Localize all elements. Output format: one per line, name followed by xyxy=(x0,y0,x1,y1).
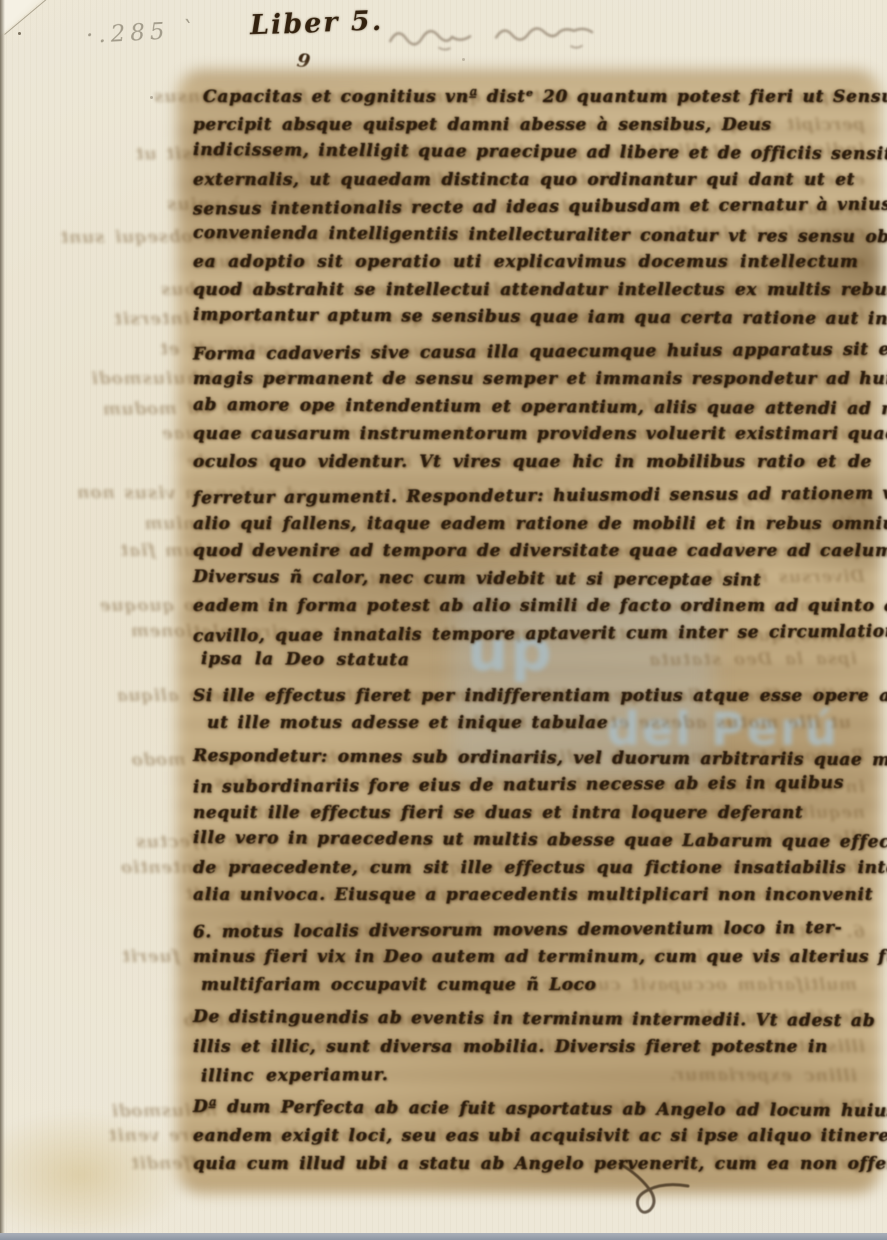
manuscript-line: 6. motus localis diversorum movens demov… xyxy=(193,914,875,946)
manuscript-line: nequit ille effectus fieri se duas et in… xyxy=(193,800,875,828)
manuscript-line: in subordinariis fore eius de naturis ne… xyxy=(193,770,875,802)
manuscript-line: ipsa la Deo statuta xyxy=(193,646,875,678)
manuscript-line: Capacitas et cognitius vnª distᵉ 20 quan… xyxy=(193,84,875,112)
manuscript-line: Diversus ñ calor, nec cum videbit ut si … xyxy=(193,563,875,595)
manuscript-line: eandem exigit loci, seu eas ubi acquisiv… xyxy=(193,1123,875,1151)
manuscript-line: convenienda intelligentiis intellectural… xyxy=(193,219,875,251)
manuscript-line: multifariam occupavit cumque ñ Loco xyxy=(193,972,875,1000)
manuscript-line: Forma cadaveris sive causa illa quaecumq… xyxy=(193,336,875,368)
manuscript-line: minus fieri vix in Deo autem ad terminum… xyxy=(193,944,875,972)
manuscript-line: cavillo, quae innatalis tempore aptaveri… xyxy=(193,618,875,650)
manuscript-line: Dª dum Perfecta ab acie fuit asportatus … xyxy=(193,1093,875,1125)
manuscript-line: quod abstrahit se intellectui attendatur… xyxy=(193,277,875,305)
manuscript-line: alia univoca. Eiusque a praecedentis mul… xyxy=(193,882,875,910)
manuscript-line: indicissem, intelligit quae praecipue ad… xyxy=(193,137,875,169)
manuscript-line: quod devenire ad tempora de diversitate … xyxy=(193,538,875,566)
manuscript-line: magis permanent de sensu semper et imman… xyxy=(193,366,875,394)
manuscript-line: externalis, ut quaedam distincta quo ord… xyxy=(193,167,875,195)
manuscript-line: illis et illic, sunt diversa mobilia. Di… xyxy=(193,1034,875,1062)
manuscript-line: percipit absque quispet damni abesse à s… xyxy=(193,112,875,140)
dust-speck xyxy=(462,58,465,61)
manuscript-text-layer: Capacitas et cognitius vnª distᵉ 20 quan… xyxy=(183,76,875,1188)
manuscript-line: ferretur argumenti. Respondetur: huiusmo… xyxy=(193,481,875,513)
manuscript-line: sensus intentionalis recte ad ideas quib… xyxy=(193,192,875,224)
manuscript-line: alio qui fallens, itaque eadem ratione d… xyxy=(193,511,875,539)
manuscript-line: quia cum illud ubi a statu ab Angelo per… xyxy=(193,1151,875,1179)
manuscript-line: eadem in forma potest ab alio simili de … xyxy=(193,593,875,621)
chapter-heading: Liber 5. xyxy=(249,6,383,42)
manuscript-line: de praecedente, cum sit ille effectus qu… xyxy=(193,855,875,883)
manuscript-line: ille vero in praecedens ut multis abesse… xyxy=(193,825,875,857)
manuscript-line: importantur aptum se sensibus quae iam q… xyxy=(193,302,875,334)
manuscript-line: oculos quo videntur. Vt vires quae hic i… xyxy=(193,449,875,477)
manuscript-line: De distinguendis ab eventis in terminum … xyxy=(193,1004,875,1036)
dust-speck xyxy=(18,32,21,35)
manuscript-line: quae causarum instrumentorum providens v… xyxy=(193,421,875,449)
manuscript-line: Si ille effectus fieret per indifferenti… xyxy=(193,683,875,711)
paper-left-edge xyxy=(0,0,5,1240)
manuscript-text-block: up del Perú Capacitas et cognitius vnª d… xyxy=(183,76,875,1188)
ink-flourish xyxy=(610,1158,700,1218)
manuscript-line: illinc experiamur. xyxy=(193,1059,875,1091)
manuscript-line: ab amore ope intendentium et operantium,… xyxy=(193,391,875,423)
scan-background-strip xyxy=(0,1233,887,1240)
manuscript-line: ea adoptio sit operatio uti explicavimus… xyxy=(193,249,875,277)
manuscript-line: ut ille motus adesse et inique tabulae xyxy=(193,710,875,738)
manuscript-scan-page: ·.285 ˋ Liber 5. 9 up del Perú Capacitas… xyxy=(0,0,887,1240)
